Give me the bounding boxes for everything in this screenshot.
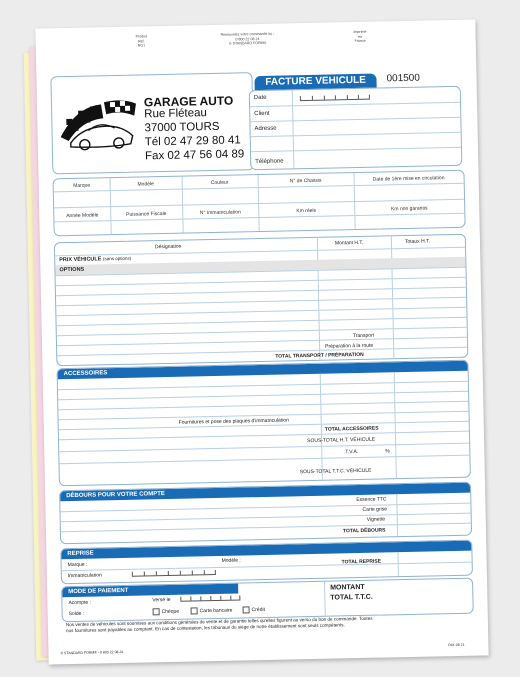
divider bbox=[62, 562, 472, 572]
tva-percent-label: % bbox=[385, 448, 390, 454]
debours-section: DÉBOURS POUR VOTRE COMPTE Essence TTC Ca… bbox=[59, 482, 472, 545]
options-label: OPTIONS bbox=[59, 267, 84, 274]
divider bbox=[61, 513, 471, 523]
acompte-label: Acompte : bbox=[68, 600, 91, 606]
credit-option[interactable]: Crédit bbox=[243, 606, 265, 613]
divider bbox=[55, 247, 465, 257]
phone-label: Téléphone bbox=[255, 159, 283, 166]
divider bbox=[58, 391, 468, 401]
divider bbox=[57, 317, 467, 327]
divider bbox=[59, 455, 469, 465]
chassis-header: N° de Chassis bbox=[258, 177, 354, 185]
divider bbox=[57, 327, 467, 337]
cheque-option[interactable]: Chèque bbox=[153, 608, 180, 616]
prix-note: (sans options) bbox=[103, 256, 131, 262]
info-line: France bbox=[354, 39, 367, 44]
transport-label: Transport bbox=[353, 333, 374, 339]
preparation-label: Préparation à la route bbox=[325, 343, 373, 350]
garage-street: Rue Fléteau bbox=[144, 107, 207, 120]
total-debours-label: TOTAL DÉBOURS bbox=[343, 527, 386, 534]
reprise-marque-label: Marque : bbox=[68, 562, 88, 568]
divider bbox=[324, 582, 326, 616]
montant-ht-header: Montant H.T. bbox=[335, 240, 363, 247]
cheque-label: Chèque bbox=[162, 609, 180, 615]
divider bbox=[59, 431, 469, 441]
garage-info-box: GARAGE AUTO Rue Fléteau 37000 TOURS Tél … bbox=[50, 72, 254, 174]
km-reels-header: Km réels bbox=[258, 207, 354, 215]
footer-ref: Réf. 06 21 bbox=[448, 642, 464, 648]
reprise-immat-label: Immatriculation bbox=[68, 572, 102, 579]
address-label: Adresse bbox=[254, 126, 276, 132]
km-non-garantis-header: Km non garantis bbox=[354, 205, 464, 213]
divider bbox=[58, 401, 468, 411]
verse-date-ticks[interactable] bbox=[180, 596, 240, 602]
phone-field[interactable]: Téléphone bbox=[251, 147, 461, 169]
sous-total-ht-label: SOUS-TOTAL H.T. VÉHICULE bbox=[307, 437, 375, 444]
divider bbox=[59, 443, 469, 453]
divider bbox=[56, 287, 466, 297]
reprise-modele-label: Modèle : bbox=[222, 557, 241, 563]
totaux-ht-header: Totaux H.T. bbox=[405, 238, 430, 245]
divider bbox=[56, 307, 466, 317]
invoice-form: Produit Réf. NG1 Renouvelez votre comman… bbox=[35, 19, 488, 664]
info-line: © STANDARD FORM® bbox=[221, 41, 275, 47]
garage-phone: Tél 02 47 29 80 41 bbox=[145, 134, 241, 148]
immat-input-ticks[interactable] bbox=[132, 570, 216, 577]
modele-header: Modèle bbox=[110, 181, 182, 189]
sous-total-ttc-label: SOUS-TOTAL T.T.C. VÉHICULE bbox=[300, 468, 372, 476]
solde-label: Solde : bbox=[69, 611, 85, 617]
designation-table: Désignation Montant H.T. Totaux H.T. PRI… bbox=[54, 234, 469, 367]
couleur-header: Couleur bbox=[182, 179, 258, 187]
prix-vehicule-text: PRIX VÉHICULE bbox=[59, 256, 101, 263]
garage-city: 37000 TOURS bbox=[144, 121, 219, 135]
carte-grise-label: Carte grise bbox=[362, 506, 387, 513]
footer-copyright: © STANDARD FORM® - 0 800 22 08 24 bbox=[60, 649, 123, 656]
product-info: Produit Réf. NG1 bbox=[136, 34, 148, 48]
credit-label: Crédit bbox=[252, 607, 265, 613]
paiement-section: MODE DE PAIEMENT Acompte : Versé le Sold… bbox=[61, 578, 474, 623]
divider bbox=[394, 372, 397, 478]
divider bbox=[61, 503, 471, 513]
client-info-box: Date Client Adresse Téléphone bbox=[249, 86, 463, 170]
prix-vehicule-label: PRIX VÉHICULE (sans options) bbox=[59, 256, 131, 264]
total-reprise-label: TOTAL REPRISE bbox=[342, 559, 382, 566]
designation-header: Désignation bbox=[155, 244, 182, 251]
divider bbox=[58, 381, 468, 391]
total-transport-label: TOTAL TRANSPORT / PRÉPARATION bbox=[275, 352, 364, 360]
marque-header: Marque bbox=[54, 182, 110, 189]
puissance-header: Puissance Fiscale bbox=[110, 211, 182, 219]
tva-label: T.V.A. bbox=[345, 449, 358, 455]
divider bbox=[57, 347, 467, 357]
carte-checkbox[interactable] bbox=[191, 607, 198, 614]
invoice-number: 001500 bbox=[386, 73, 420, 85]
debours-title: DÉBOURS POUR VOTRE COMPTE bbox=[60, 483, 470, 502]
divider bbox=[320, 374, 323, 480]
vehicle-details-grid: Marque Modèle Couleur N° de Chassis Date… bbox=[53, 170, 466, 237]
vignette-label: Vignette bbox=[367, 516, 385, 522]
total-ttc-label: TOTAL T.T.C. bbox=[330, 594, 373, 602]
info-line: NG1 bbox=[136, 44, 147, 49]
reorder-info: Renouvelez votre commande au : 0 800 22 … bbox=[221, 32, 275, 47]
divider bbox=[61, 523, 471, 533]
verse-le-label: Versé le bbox=[152, 597, 170, 603]
reprise-title: REPRISE bbox=[61, 541, 471, 560]
garage-fax: Fax 02 47 56 04 89 bbox=[145, 148, 244, 162]
date-label: Date bbox=[254, 95, 267, 101]
checkered-flag-car-icon bbox=[56, 96, 139, 154]
immatriculation-header: N° Immatriculation bbox=[182, 209, 258, 217]
essence-label: Essence TTC bbox=[356, 496, 386, 503]
first-registration-header: Date de 1ère mise en circulation bbox=[354, 175, 464, 183]
credit-checkbox[interactable] bbox=[243, 606, 250, 613]
total-accessoires-label: TOTAL ACCESSOIRES bbox=[325, 426, 379, 433]
reprise-section: REPRISE Marque : Modèle : TOTAL REPRISE … bbox=[60, 540, 473, 585]
montant-label: MONTANT bbox=[330, 584, 365, 592]
carte-label: Carte bancaire bbox=[200, 608, 233, 615]
cheque-checkbox[interactable] bbox=[153, 608, 160, 615]
divider bbox=[56, 297, 466, 307]
annee-modele-header: Année Modèle bbox=[54, 212, 110, 219]
divider bbox=[57, 337, 467, 347]
carte-option[interactable]: Carte bancaire bbox=[191, 607, 233, 615]
client-label: Client bbox=[254, 111, 269, 117]
accessoires-section: ACCESSOIRES Fournitures et pose des plaq… bbox=[57, 360, 471, 487]
date-input-ticks bbox=[300, 95, 370, 101]
divider bbox=[56, 277, 466, 287]
printed-info: Imprimé en France bbox=[353, 30, 366, 44]
